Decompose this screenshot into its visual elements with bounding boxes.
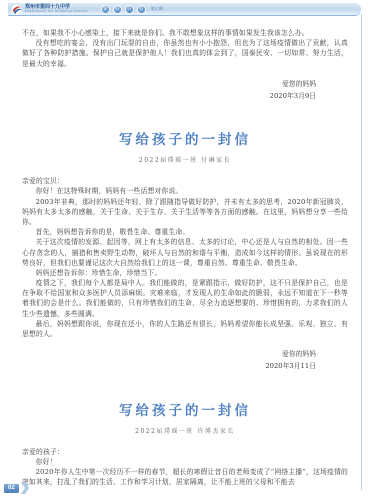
signature-block: 爱您的妈妈 2020年3月9日	[22, 78, 348, 102]
letter-paragraph: 妈妈还想告诉你：珍惜生命，珍惜当下。	[22, 268, 348, 278]
letter-body: 不在，如果我不小心感染上，接下来就是你们。我不敢想象这样的事情如果发生我该怎么办…	[22, 28, 348, 69]
letter-first: 写给孩子的一封信 2022届璞瑶一班 付琳家长 亲爱的宝贝： 你好！在这特殊时期…	[22, 128, 348, 372]
right-edge-rule	[361, 14, 362, 490]
letter-paragraph: 你好！在这特殊时期，妈妈有一些话想对你说。	[22, 186, 348, 196]
letter-paragraph: 关于这次疫情的发源、起因等，网上有太多的信息、太多的讨论，中心还是人与自然的相处…	[22, 237, 348, 268]
letter-body: 你好！在这特殊时期，妈妈有一些话想对你说。2003年非典，那时的妈妈还年轻，除了…	[22, 186, 348, 339]
page-header: 郑州市第四十九中学 ZHENGZHOU NO.49 MIDDLE SCHOOL …	[8, 3, 361, 18]
school-name-en: ZHENGZHOU NO.49 MIDDLE SCHOOL	[25, 10, 88, 13]
school-name: 郑州市第四十九中学 ZHENGZHOU NO.49 MIDDLE SCHOOL	[25, 5, 88, 14]
masthead-badge: 家	[101, 5, 110, 14]
letter-subtitle: 2022届璞瑶一班 付琳家长	[22, 155, 348, 164]
letter-continuation: 不在，如果我不小心感染上，接下来就是你们。我不敢想象这样的事情如果发生我该怎么办…	[22, 28, 348, 102]
letter-paragraph: 疫情之下，我们每个人都是局中人。我们能做的，是紧跟指示，做好防护，这不只是保护自…	[22, 278, 348, 319]
letter-salutation: 亲爱的宝贝：	[22, 176, 348, 186]
masthead-badge: 校	[113, 5, 122, 14]
letter-subtitle: 2022届璞瑶一班 许博杰家长	[22, 426, 348, 435]
page-content: 不在，如果我不小心感染上，接下来就是你们。我不敢想象这样的事情如果发生我该怎么办…	[22, 28, 348, 487]
header-bar: 郑州市第四十九中学 ZHENGZHOU NO.49 MIDDLE SCHOOL …	[8, 3, 361, 16]
letter-salutation: 亲爱的孩子：	[22, 447, 348, 457]
school-logo-icon	[11, 4, 22, 15]
masthead-badge: 共	[125, 5, 134, 14]
letter-paragraph: 没有想吃的宴会，没有出门玩耍的自由，你虽然也有小小抱怨，但也为了这场疫情做出了贡…	[22, 38, 348, 69]
issue-number: 第七期	[151, 6, 163, 12]
ribbon-icon	[20, 482, 30, 494]
letter-title: 写给孩子的一封信	[22, 399, 348, 419]
letter-paragraph: 你好！	[22, 457, 348, 467]
signature: 爱你的妈妈	[22, 348, 316, 360]
signature: 爱您的妈妈	[22, 78, 316, 90]
letter-paragraph: 2020年你人生中第一次经历不一样的春节，超长的寒假让昔日的老师变成了“网络主播…	[22, 467, 348, 487]
signature-block: 爱你的妈妈 2020年3月11日	[22, 348, 348, 372]
letter-paragraph: 最后，妈妈想跟你说，你现在还小，你的人生路还有很长，妈妈希望你能长成坚强、乐观、…	[22, 319, 348, 339]
letter-title: 写给孩子的一封信	[22, 128, 348, 148]
letter-paragraph: 首先，妈妈想告诉你的是，敬畏生命、尊重生命。	[22, 227, 348, 237]
masthead-badges: 家 校 共 育	[101, 5, 146, 14]
letter-paragraph: 不在，如果我不小心感染上，接下来就是你们。我不敢想象这样的事情如果发生我该怎么办…	[22, 28, 348, 38]
letter-second: 写给孩子的一封信 2022届璞瑶一班 许博杰家长 亲爱的孩子： 你好！2020年…	[22, 399, 348, 488]
masthead-badge: 育	[137, 5, 146, 14]
letter-paragraph: 2003年非典，那时的妈妈还年轻，除了跟随指导做好防护，并未有太多的思考，202…	[22, 197, 348, 228]
page-number-badge: 02	[4, 484, 19, 493]
signature-date: 2020年3月11日	[22, 360, 316, 372]
letter-body: 你好！2020年你人生中第一次经历不一样的春节，超长的寒假让昔日的老师变成了“网…	[22, 457, 348, 488]
page-footer: 02	[4, 482, 30, 494]
signature-date: 2020年3月9日	[22, 90, 316, 102]
newsletter-page: 郑州市第四十九中学 ZHENGZHOU NO.49 MIDDLE SCHOOL …	[0, 0, 368, 500]
